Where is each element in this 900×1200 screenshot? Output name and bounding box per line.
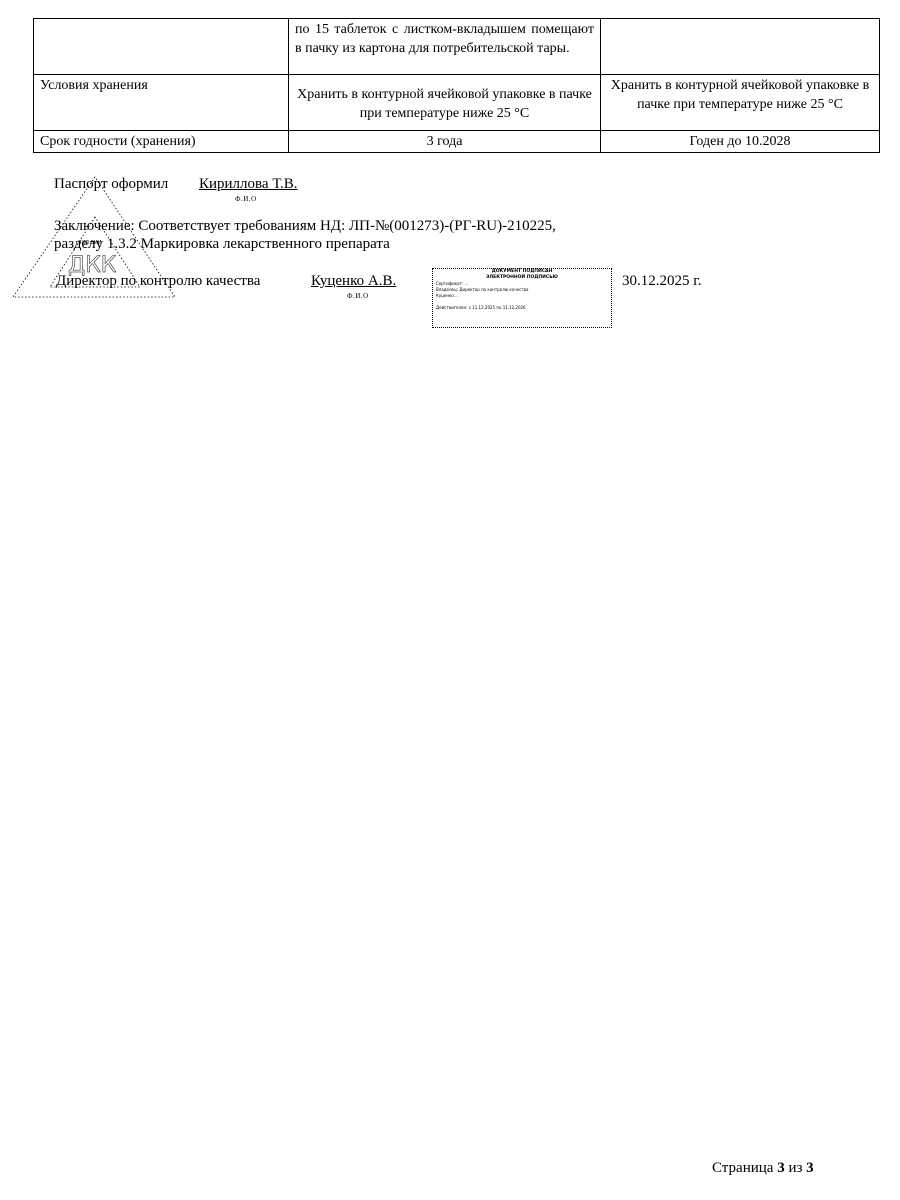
table-row: Срок годности (хранения) 3 года Годен до… <box>34 131 880 153</box>
passport-name: Кириллова Т.В. <box>199 176 298 193</box>
stamp-owner-name: Куценко ... <box>433 293 611 299</box>
director-label: Директор по контролю качества <box>56 273 260 290</box>
director-caption: Ф.И.О <box>347 292 369 300</box>
conclusion-line2: разделу 1.3.2 Маркировка лекарственного … <box>54 236 390 253</box>
signature-date: 30.12.2025 г. <box>622 273 701 290</box>
passport-caption: Ф.И.О <box>235 195 257 203</box>
total-pages: 3 <box>806 1160 814 1176</box>
row-label <box>34 19 289 75</box>
row-value-nd: Хранить в контурной ячейковой упаковке в… <box>289 75 601 131</box>
page-number: Страница 3 из 3 <box>712 1160 814 1177</box>
current-page: 3 <box>777 1160 785 1176</box>
table-row: Условия хранения Хранить в контурной яче… <box>34 75 880 131</box>
director-name: Куценко А.В. <box>311 273 396 290</box>
row-value-actual: Годен до 10.2028 <box>601 131 880 153</box>
conclusion-line1: Заключение: Соответствует требованиям НД… <box>54 218 556 235</box>
row-label: Условия хранения <box>34 75 289 131</box>
row-value-nd: по 15 таблеток с листком-вкладышем помещ… <box>289 19 601 75</box>
specification-table: по 15 таблеток с листком-вкладышем помещ… <box>33 18 880 153</box>
stamp-validity: Действителен: с 11.12.2025 по 11.12.2026 <box>433 305 611 311</box>
passport-label: Паспорт оформил <box>54 176 168 193</box>
row-value-nd: 3 года <box>289 131 601 153</box>
table-row: по 15 таблеток с листком-вкладышем помещ… <box>34 19 880 75</box>
row-value-actual <box>601 19 880 75</box>
row-value-actual: Хранить в контурной ячейковой упаковке в… <box>601 75 880 131</box>
row-label: Срок годности (хранения) <box>34 131 289 153</box>
page-label: Страница <box>712 1160 773 1176</box>
page-separator: из <box>788 1160 802 1176</box>
electronic-signature-stamp: ДОКУМЕНТ ПОДПИСАН ЭЛЕКТРОННОЙ ПОДПИСЬЮ С… <box>432 268 612 328</box>
